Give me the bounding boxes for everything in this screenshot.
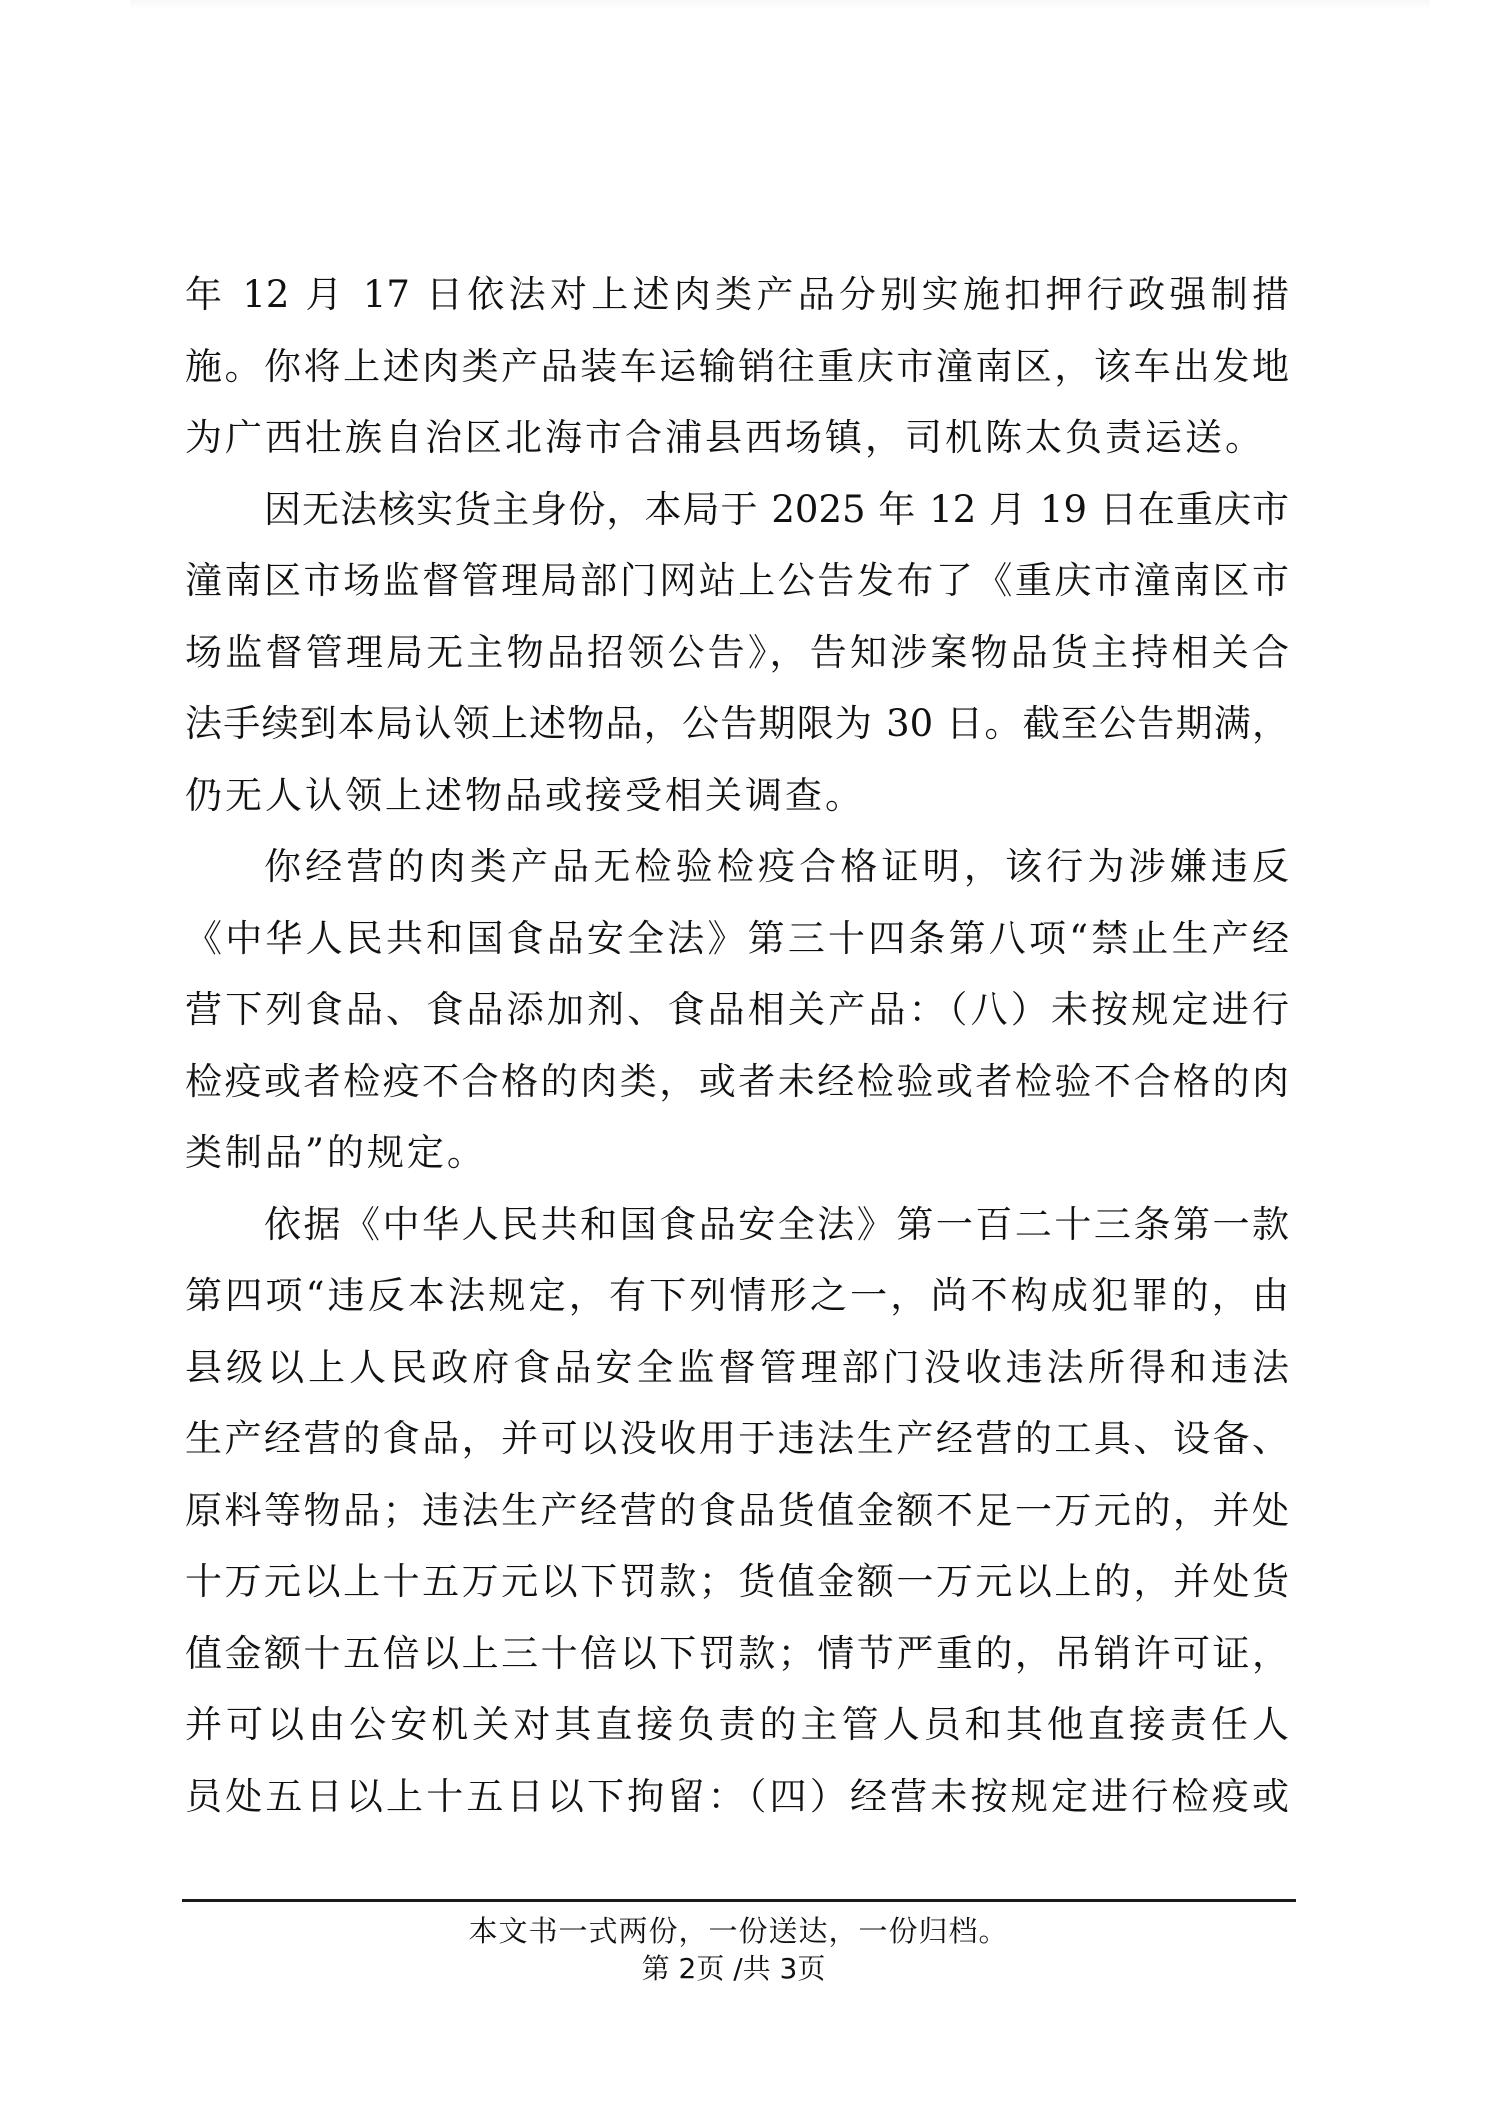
body-line: 法手续到本局认领上述物品，公告期限为 30 日。截至公告期满， (185, 701, 1289, 773)
document-body: 年 12 月 17 日依法对上述肉类产品分别实施扣押行政强制措 施。你将上述肉类… (185, 272, 1289, 1845)
scan-artifact (130, 0, 1430, 10)
body-line: 十万元以上十五万元以下罚款；货值金额一万元以上的，并处货 (185, 1559, 1289, 1631)
body-line: 检疫或者检疫不合格的肉类，或者未经检验或者检验不合格的肉 (185, 1059, 1289, 1131)
footer-note: 本文书一式两份，一份送达，一份归档。 (0, 1912, 1487, 1950)
body-line: 年 12 月 17 日依法对上述肉类产品分别实施扣押行政强制措 (185, 272, 1289, 344)
body-line: 潼南区市场监督管理局部门网站上公告发布了《重庆市潼南区市 (185, 558, 1289, 630)
body-line: 类制品”的规定。 (185, 1130, 1289, 1202)
body-line: 仍无人认领上述物品或接受相关调查。 (185, 773, 1289, 845)
paragraph-start-line: 因无法核实货主身份，本局于 2025 年 12 月 19 日在重庆市 (185, 487, 1289, 559)
body-line: 并可以由公安机关对其直接负责的主管人员和其他直接责任人 (185, 1702, 1289, 1774)
body-line: 营下列食品、食品添加剂、食品相关产品：（八）未按规定进行 (185, 987, 1289, 1059)
body-line: 值金额十五倍以上三十倍以下罚款；情节严重的，吊销许可证， (185, 1631, 1289, 1703)
body-line: 《中华人民共和国食品安全法》第三十四条第八项“禁止生产经 (185, 916, 1289, 988)
body-line: 生产经营的食品，并可以没收用于违法生产经营的工具、设备、 (185, 1416, 1289, 1488)
body-line: 员处五日以上十五日以下拘留：（四）经营未按规定进行检疫或 (185, 1774, 1289, 1846)
body-line: 第四项“违反本法规定，有下列情形之一，尚不构成犯罪的，由 (185, 1273, 1289, 1345)
body-line: 县级以上人民政府食品安全监督管理部门没收违法所得和违法 (185, 1345, 1289, 1417)
body-line: 为广西壮族自治区北海市合浦县西场镇，司机陈太负责运送。 (185, 415, 1289, 487)
body-line: 原料等物品；违法生产经营的食品货值金额不足一万元的，并处 (185, 1488, 1289, 1560)
footer-divider (182, 1899, 1296, 1902)
body-line: 施。你将上述肉类产品装车运输销往重庆市潼南区，该车出发地 (185, 344, 1289, 416)
document-page: 年 12 月 17 日依法对上述肉类产品分别实施扣押行政强制措 施。你将上述肉类… (0, 0, 1487, 2105)
paragraph-start-line: 依据《中华人民共和国食品安全法》第一百二十三条第一款 (185, 1202, 1289, 1274)
paragraph-start-line: 你经营的肉类产品无检验检疫合格证明，该行为涉嫌违反 (185, 844, 1289, 916)
body-line: 场监督管理局无主物品招领公告》，告知涉案物品货主持相关合 (185, 630, 1289, 702)
page-number: 第 2页 /共 3页 (0, 1951, 1487, 1987)
